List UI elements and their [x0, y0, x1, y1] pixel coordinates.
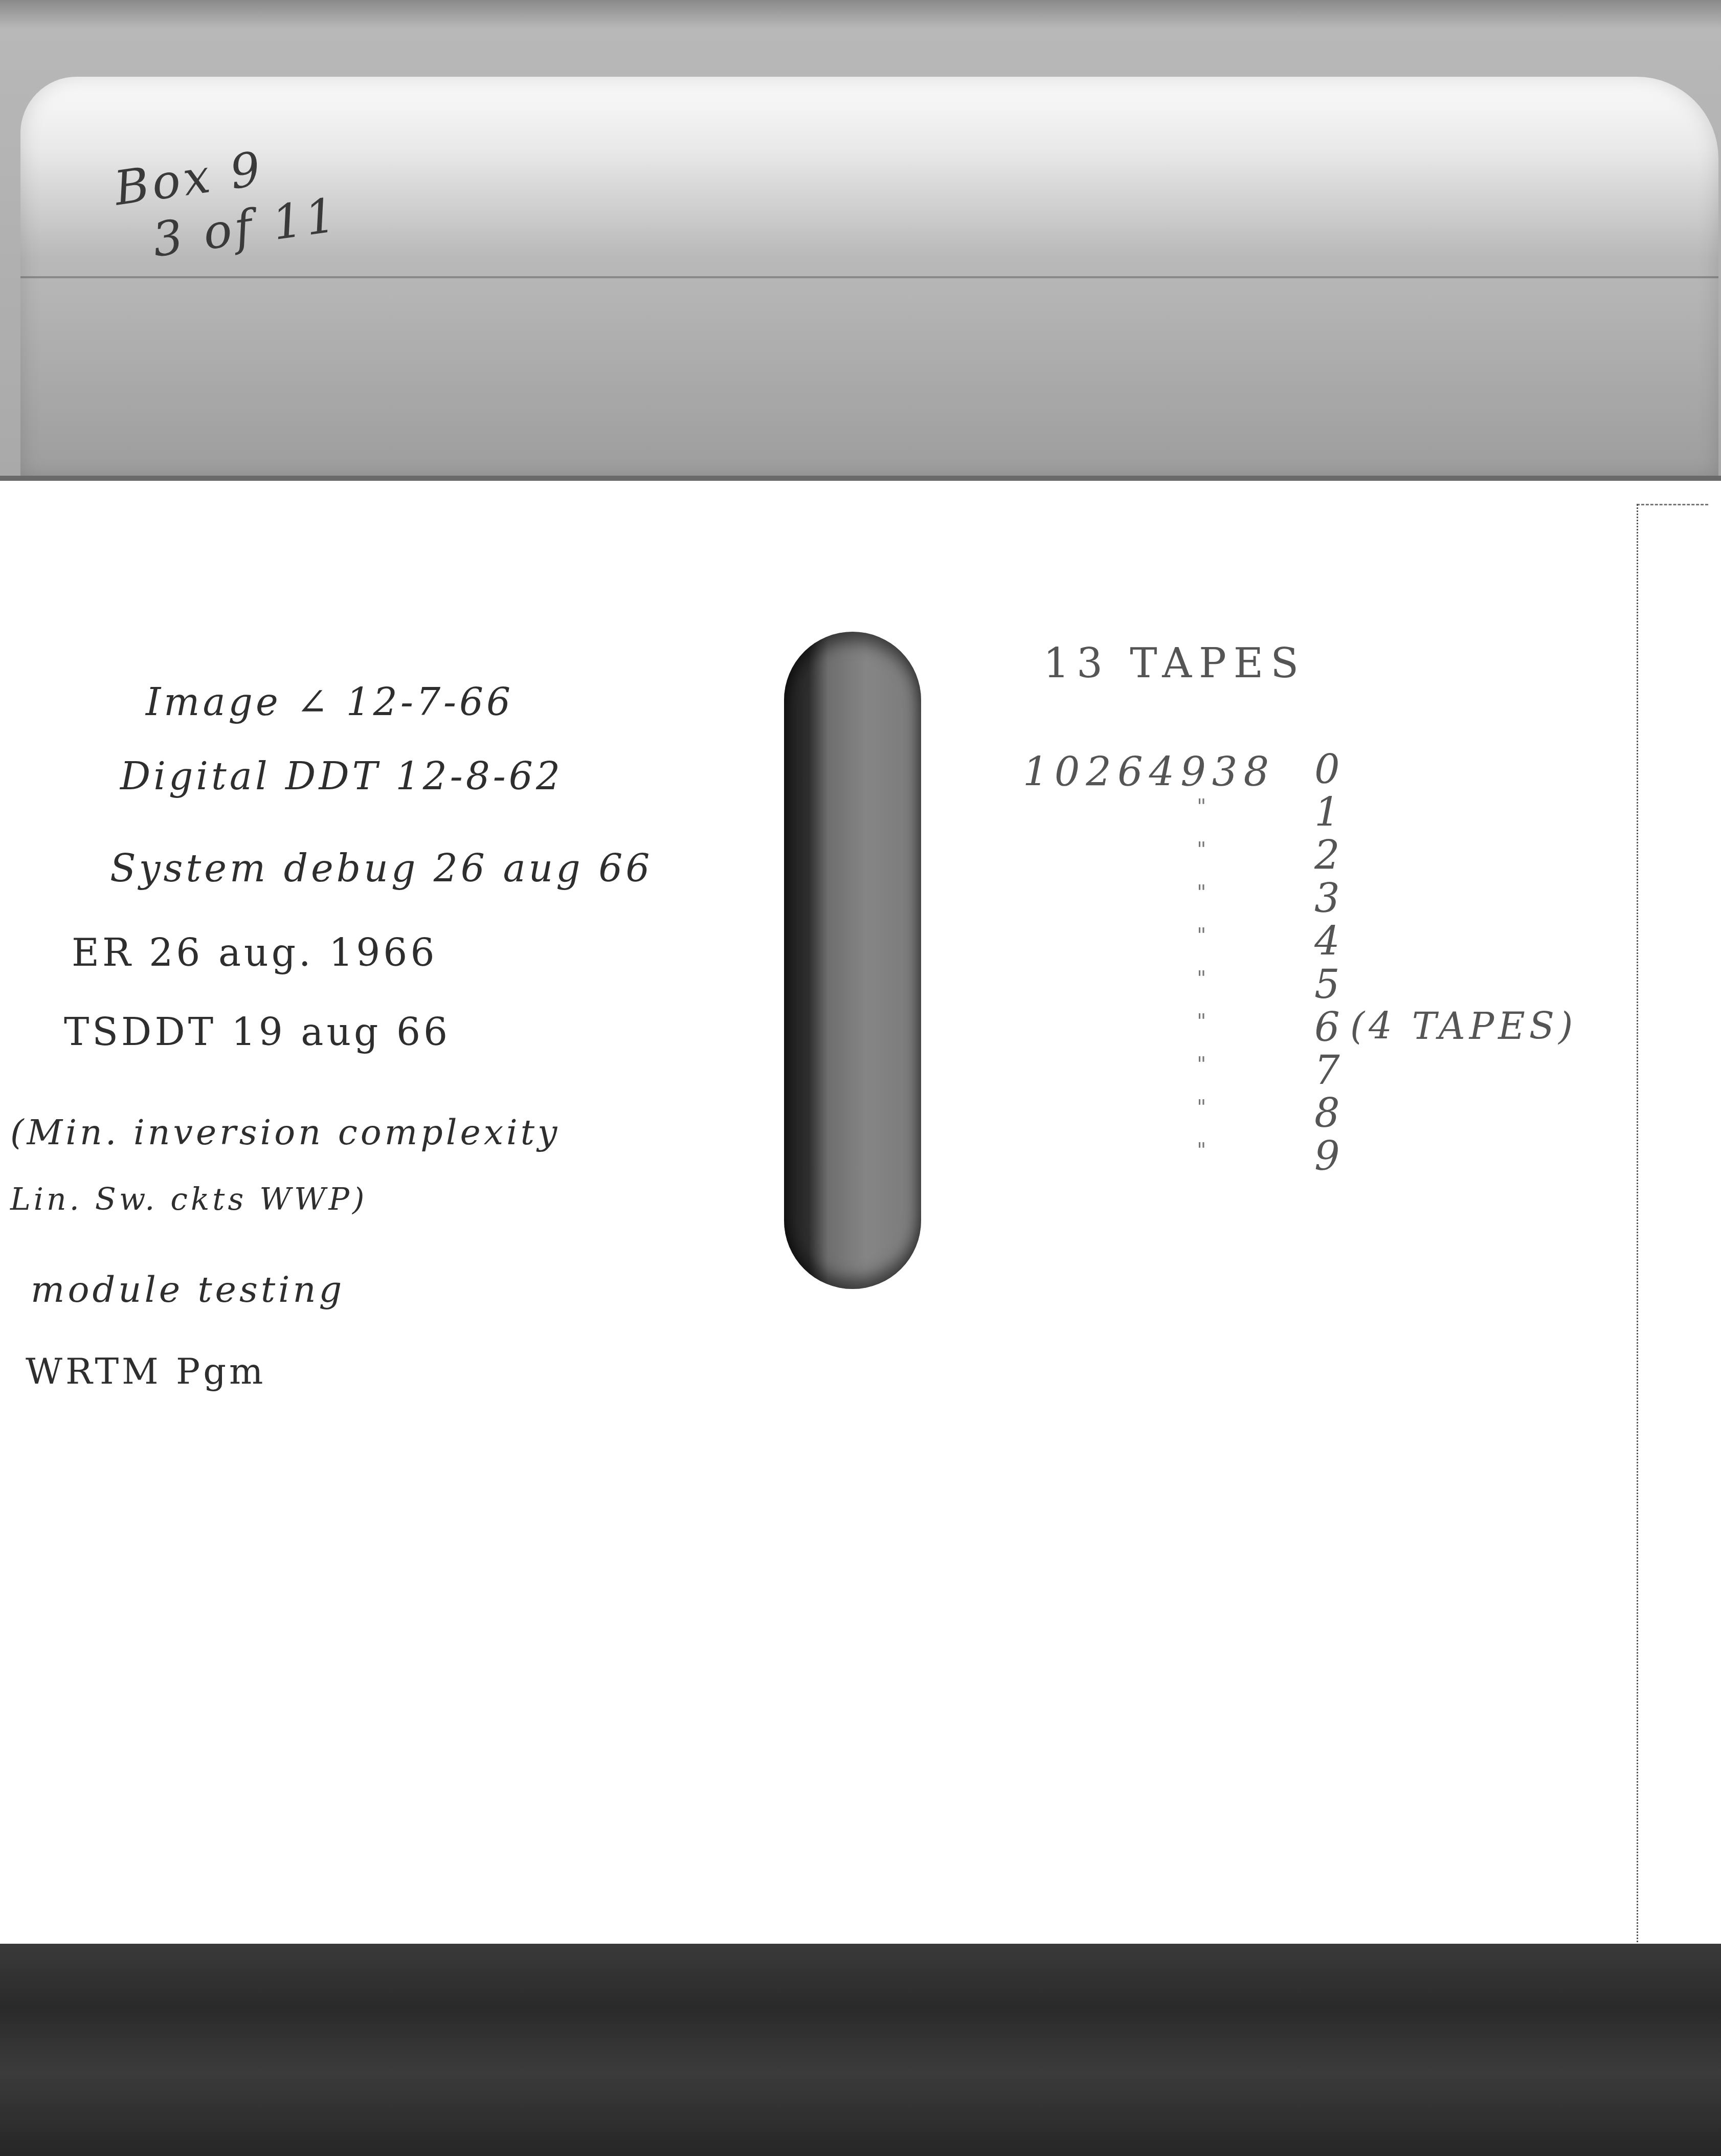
note-line: Digital DDT 12-8-62 [120, 754, 563, 798]
tape-base-number: 10264938 [1023, 749, 1275, 795]
flap-crease [20, 276, 1718, 278]
inner-card-edge [1637, 504, 1639, 1946]
ditto-mark: " [1197, 881, 1206, 904]
note-line: (Min. inversion complexity [10, 1113, 561, 1153]
note-line: module testing [31, 1269, 345, 1310]
ditto-mark: " [1197, 795, 1206, 818]
tape-suffix: 0 [1314, 747, 1340, 793]
note-line: Lin. Sw. ckts WWP) [10, 1182, 367, 1217]
ditto-mark: " [1197, 1053, 1206, 1076]
note-line: Image ∠ 12-7-66 [146, 680, 513, 724]
ditto-mark: " [1197, 1139, 1206, 1162]
flap-edge [0, 476, 1721, 481]
tape-note: (4 TAPES) [1350, 1005, 1577, 1048]
ditto-mark: " [1197, 924, 1206, 947]
tape-suffix: 9 [1314, 1133, 1340, 1180]
ditto-mark: " [1197, 1010, 1206, 1033]
ditto-mark: " [1197, 1096, 1206, 1119]
ditto-mark: " [1197, 838, 1206, 861]
tape-suffix: 3 [1314, 876, 1340, 922]
tape-suffix: 1 [1314, 790, 1340, 836]
ditto-mark: " [1197, 967, 1206, 990]
note-line: ER 26 aug. 1966 [72, 931, 437, 975]
scanner-background-bottom [0, 1944, 1721, 2156]
tape-suffix: 6 [1314, 1005, 1340, 1051]
tape-suffix: 7 [1314, 1048, 1340, 1094]
tape-suffix: 2 [1314, 833, 1340, 879]
note-line: WRTM Pgm [26, 1350, 266, 1392]
tape-suffix: 4 [1314, 919, 1340, 965]
inner-card-edge-top [1637, 504, 1708, 505]
tape-suffix: 8 [1314, 1091, 1340, 1137]
tapes-title: 13 TAPES [1043, 639, 1306, 687]
envelope-slot-window [784, 632, 921, 1289]
note-line: TSDDT 19 aug 66 [64, 1010, 451, 1054]
note-line: System debug 26 aug 66 [110, 847, 653, 891]
tape-suffix: 5 [1314, 962, 1340, 1008]
